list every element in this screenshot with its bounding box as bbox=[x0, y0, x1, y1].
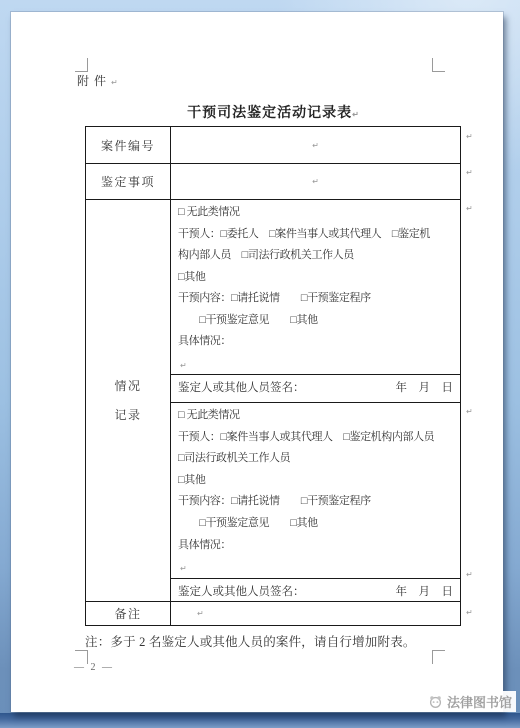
row-end-mark: ↵ bbox=[466, 132, 473, 141]
remark-label: 备注 bbox=[86, 602, 171, 625]
crop-mark-top-right bbox=[432, 58, 445, 72]
cell-end-mark: ↵ bbox=[312, 177, 319, 186]
crop-mark-bottom-left bbox=[75, 650, 88, 664]
record-area: □ 无此类情况 干预人：□委托人 □案件当事人或其代理人 □鉴定机 构内部人员 … bbox=[171, 200, 460, 601]
row-end-mark: ↵ bbox=[466, 407, 473, 416]
checkbox-line: □其他 bbox=[171, 267, 460, 289]
checkbox-line: □司法行政机关工作人员 bbox=[171, 448, 460, 470]
cell-end-mark: ↵ bbox=[312, 141, 319, 150]
row-end-mark: ↵ bbox=[466, 204, 473, 213]
checkbox-line: □ 无此类情况 bbox=[171, 403, 460, 427]
signature-line: 鉴定人或其他人员签名： 年 月 日 bbox=[171, 374, 460, 402]
crop-mark-top-left bbox=[75, 58, 88, 72]
checkbox-line: □干预鉴定意见 □其他 bbox=[171, 513, 460, 535]
article-canvas: 附件↵ 干预司法鉴定活动记录表↵ 案件编号 ↵ 鉴定事项 ↵ 情况 记录 bbox=[0, 0, 520, 728]
paragraph-mark: ↵ bbox=[180, 564, 187, 573]
attachment-text: 附件 bbox=[77, 74, 111, 88]
document-page: 附件↵ 干预司法鉴定活动记录表↵ 案件编号 ↵ 鉴定事项 ↵ 情况 记录 bbox=[11, 12, 503, 712]
crop-mark-bottom-right bbox=[432, 650, 445, 664]
checkbox-line: □干预鉴定意见 □其他 bbox=[171, 310, 460, 332]
cell-end-mark: ↵ bbox=[197, 609, 204, 618]
row-end-mark: ↵ bbox=[466, 608, 473, 617]
remark-row: 备注 ↵ bbox=[86, 601, 460, 625]
paragraph-mark: ↵ bbox=[180, 361, 187, 370]
checkbox-line: □其他 bbox=[171, 470, 460, 492]
law-library-logo-icon bbox=[428, 694, 443, 709]
details-line: 具体情况： bbox=[171, 535, 460, 557]
record-row: 情况 记录 □ 无此类情况 干预人：□委托人 □案件当事人或其代理人 □鉴定机 … bbox=[86, 199, 460, 601]
row-end-mark: ↵ bbox=[466, 570, 473, 579]
appraisal-matter-value-cell: ↵ bbox=[171, 164, 460, 199]
paragraph-mark: ↵ bbox=[352, 110, 359, 119]
record-block-2: □ 无此类情况 干预人：□案件当事人或其代理人 □鉴定机构内部人员 □司法行政机… bbox=[171, 402, 460, 606]
row-end-mark: ↵ bbox=[466, 168, 473, 177]
record-label: 情况 记录 bbox=[86, 200, 171, 601]
record-table: 案件编号 ↵ 鉴定事项 ↵ 情况 记录 □ 无此类情况 干预人：□委托人 □案件… bbox=[85, 126, 461, 626]
signature-label: 鉴定人或其他人员签名： bbox=[178, 375, 305, 402]
empty-line: ↵ bbox=[171, 353, 460, 375]
paragraph-mark: ↵ bbox=[111, 78, 118, 87]
document-title: 干预司法鉴定活动记录表↵ bbox=[85, 102, 461, 122]
empty-line: ↵ bbox=[171, 556, 460, 578]
footnote: 注：多于 2 名鉴定人或其他人员的案件，请自行增加附表。 bbox=[85, 632, 416, 650]
case-number-row: 案件编号 ↵ bbox=[86, 127, 460, 163]
checkbox-line: 干预人：□案件当事人或其代理人 □鉴定机构内部人员 bbox=[171, 427, 460, 449]
record-block-1: □ 无此类情况 干预人：□委托人 □案件当事人或其代理人 □鉴定机 构内部人员 … bbox=[171, 200, 460, 402]
appraisal-matter-label: 鉴定事项 bbox=[86, 164, 171, 199]
checkbox-line: 干预人：□委托人 □案件当事人或其代理人 □鉴定机 bbox=[171, 224, 460, 246]
attachment-label: 附件↵ bbox=[77, 72, 118, 89]
checkbox-line: □ 无此类情况 bbox=[171, 200, 460, 224]
watermark: 法律图书馆 bbox=[424, 691, 516, 712]
appraisal-matter-row: 鉴定事项 ↵ bbox=[86, 163, 460, 199]
checkbox-line: 干预内容：□请托说情 □干预鉴定程序 bbox=[171, 288, 460, 310]
record-label-line1: 情况 bbox=[114, 379, 141, 394]
checkbox-line: 干预内容：□请托说情 □干预鉴定程序 bbox=[171, 491, 460, 513]
document-title-text: 干预司法鉴定活动记录表 bbox=[187, 106, 352, 121]
record-label-line2: 记录 bbox=[114, 408, 141, 423]
remark-value-cell: ↵ bbox=[171, 602, 460, 625]
watermark-text: 法律图书馆 bbox=[447, 692, 512, 711]
checkbox-line: 构内部人员 □司法行政机关工作人员 bbox=[171, 245, 460, 267]
case-number-value-cell: ↵ bbox=[171, 127, 460, 163]
date-placeholder: 年 月 日 bbox=[396, 375, 454, 402]
details-line: 具体情况： bbox=[171, 331, 460, 353]
case-number-label: 案件编号 bbox=[86, 127, 171, 163]
bottom-blue-bar bbox=[0, 713, 520, 728]
